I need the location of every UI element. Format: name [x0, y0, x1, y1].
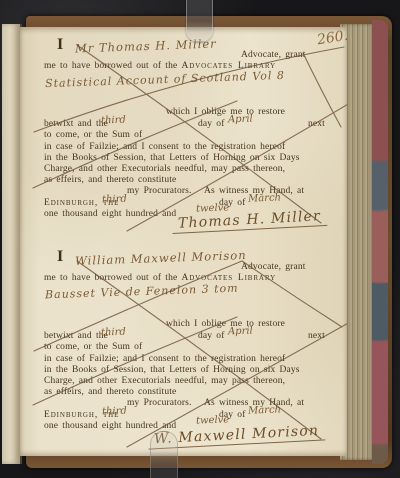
failzie-line: in case of Failzie; and I consent to the… — [44, 354, 285, 364]
day-of-label: day of — [198, 119, 225, 129]
borrowed-line: me to have borrowed out of the Advocates… — [44, 273, 276, 283]
failzie-line: in case of Failzie; and I consent to the… — [44, 142, 285, 152]
borrower-name: William Maxwell Morison — [75, 248, 247, 268]
procurators-label: my Procurators. — [127, 186, 192, 196]
advocate-grant-text: Advocate, grant — [241, 262, 306, 272]
gutter-page-edge — [2, 24, 22, 464]
signing-month: March — [248, 192, 281, 204]
marbled-board-edge — [372, 20, 388, 464]
to-come-line: to come, or the Sum of — [44, 342, 142, 352]
day-of-label: day of — [198, 331, 225, 341]
to-come-line: to come, or the Sum of — [44, 130, 142, 140]
oblige-line: which I oblige me to restore — [166, 319, 285, 329]
register-page: 260. I Mr Thomas H. Miller Advocate, gra… — [20, 27, 347, 456]
advocate-grant-text: Advocate, grant — [241, 50, 306, 60]
book-title: Statistical Account of Scotland Vol 8 — [45, 69, 285, 90]
book-title: Bausset Vie de Fenelon 3 tom — [45, 282, 239, 302]
signature: Thomas H. Miller — [172, 208, 328, 234]
signing-day: third — [102, 406, 127, 418]
return-month: April — [228, 114, 253, 126]
procurators-label: my Procurators. — [127, 398, 192, 408]
effeirs-line: as effeirs, and thereto constitute — [44, 387, 176, 397]
next-label: next — [308, 119, 325, 129]
next-label: next — [308, 331, 325, 341]
books-of-session-line: in the Books of Session, that Letters of… — [44, 365, 300, 375]
betwixt-prefix: betwixt and the — [44, 119, 108, 129]
printed-initial-I: I — [57, 36, 63, 54]
return-month: April — [228, 326, 253, 338]
loan-entry-2: I William Maxwell Morison Advocate, gran… — [20, 247, 347, 453]
page-restraint-strap-top — [186, 0, 213, 42]
year-line: one thousand eight hundred and — [44, 209, 176, 219]
charge-line: Charge, and other Executorials needful, … — [44, 164, 285, 174]
year-line: one thousand eight hundred and — [44, 421, 176, 431]
return-day: third — [101, 115, 126, 127]
books-of-session-line: in the Books of Session, that Letters of… — [44, 153, 300, 163]
year-word: twelve — [196, 414, 230, 426]
signing-month: March — [248, 404, 281, 416]
signing-day: third — [102, 194, 127, 206]
loan-entry-1: I Mr Thomas H. Miller Advocate, grant me… — [20, 35, 347, 241]
charge-line: Charge, and other Executorials needful, … — [44, 376, 285, 386]
betwixt-prefix: betwixt and the — [44, 331, 108, 341]
page-restraint-strap-bottom — [150, 431, 178, 478]
effeirs-line: as effeirs, and thereto constitute — [44, 175, 176, 185]
oblige-line: which I oblige me to restore — [166, 107, 285, 117]
return-day: third — [101, 327, 126, 339]
printed-initial-I: I — [57, 248, 63, 266]
